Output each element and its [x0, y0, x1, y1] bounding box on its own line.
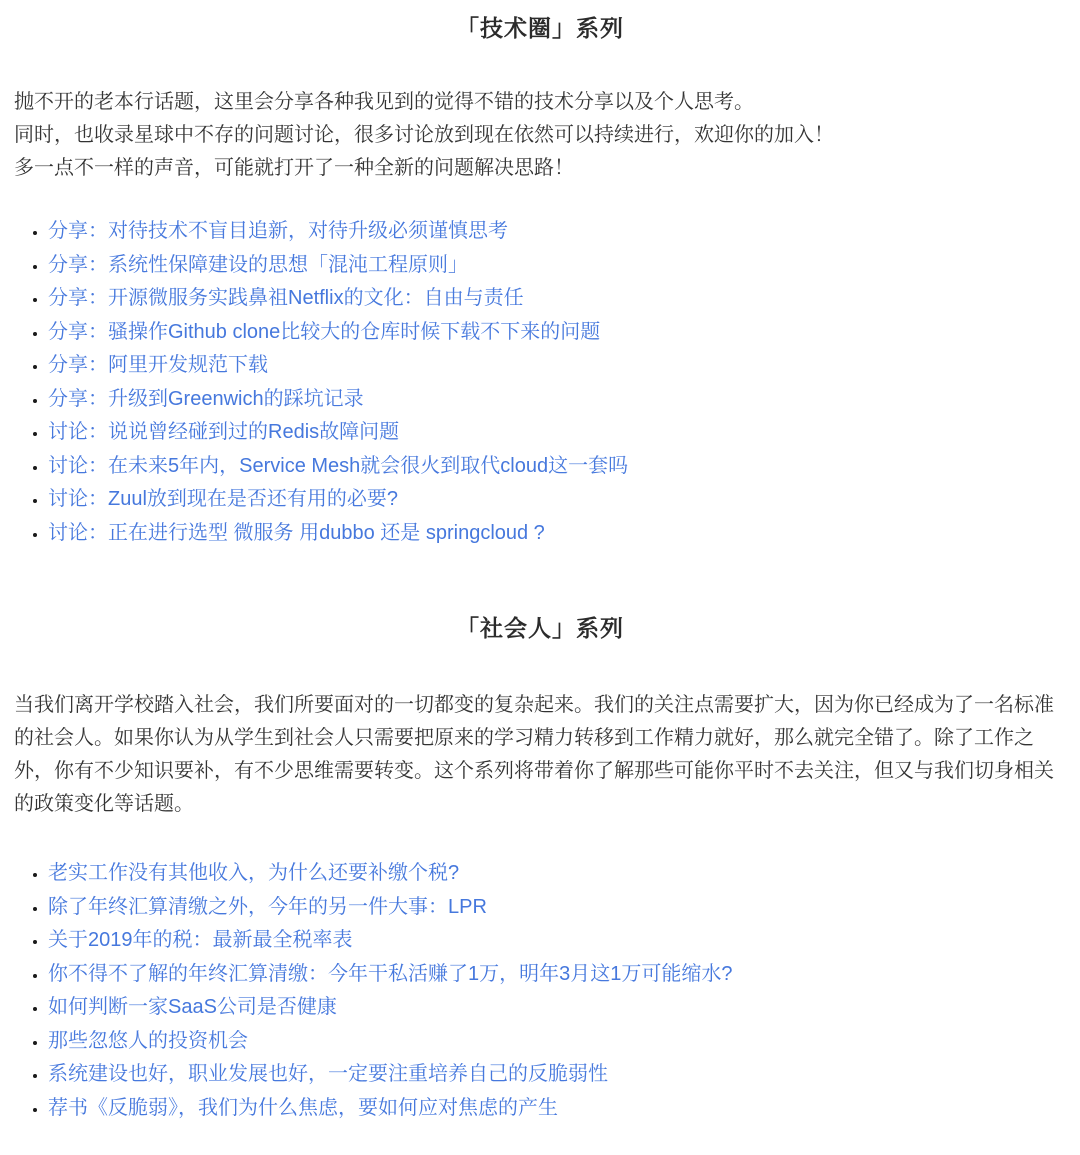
article-link[interactable]: 讨论：说说曾经碰到过的Redis故障问题	[48, 421, 399, 443]
list-item: 如何判断一家SaaS公司是否健康	[48, 991, 1066, 1025]
article-link[interactable]: 分享：系统性保障建设的思想「混沌工程原则」	[48, 254, 468, 276]
section-social: 「社会人」系列 当我们离开学校踏入社会，我们所要面对的一切都变的复杂起来。我们的…	[14, 612, 1066, 1125]
section-tech: 「技术圈」系列 抛不开的老本行话题，这里会分享各种我见到的觉得不错的技术分享以及…	[14, 12, 1066, 550]
list-item: 讨论：Zuul放到现在是否还有用的必要?	[48, 483, 1066, 517]
page: { "page": { "background_color": "#ffffff…	[0, 0, 1080, 1155]
article-link[interactable]: 你不得不了解的年终汇算清缴：今年干私活赚了1万，明年3月这1万可能缩水?	[48, 963, 733, 985]
list-item: 分享：开源微服务实践鼻祖Netflix的文化：自由与责任	[48, 282, 1066, 316]
section-tech-intro: 抛不开的老本行话题，这里会分享各种我见到的觉得不错的技术分享以及个人思考。 同时…	[14, 86, 1066, 185]
list-item: 老实工作没有其他收入，为什么还要补缴个税?	[48, 857, 1066, 891]
list-item: 分享：升级到Greenwich的踩坑记录	[48, 383, 1066, 417]
tech-link-list: 分享：对待技术不盲目追新，对待升级必须谨慎思考 分享：系统性保障建设的思想「混沌…	[14, 215, 1066, 550]
article-link[interactable]: 分享：阿里开发规范下载	[48, 354, 268, 376]
article-link[interactable]: 老实工作没有其他收入，为什么还要补缴个税?	[48, 862, 459, 884]
list-item: 关于2019年的税：最新最全税率表	[48, 924, 1066, 958]
intro-line: 多一点不一样的声音，可能就打开了一种全新的问题解决思路！	[14, 152, 1066, 185]
intro-line: 当我们离开学校踏入社会，我们所要面对的一切都变的复杂起来。我们的关注点需要扩大，…	[14, 694, 1054, 815]
article-link[interactable]: 讨论：在未来5年内，Service Mesh就会很火到取代cloud这一套吗	[48, 455, 628, 477]
social-link-list: 老实工作没有其他收入，为什么还要补缴个税? 除了年终汇算清缴之外，今年的另一件大…	[14, 857, 1066, 1125]
section-social-intro: 当我们离开学校踏入社会，我们所要面对的一切都变的复杂起来。我们的关注点需要扩大，…	[14, 689, 1066, 821]
article-link[interactable]: 讨论：Zuul放到现在是否还有用的必要?	[48, 488, 398, 510]
article-link[interactable]: 讨论：正在进行选型 微服务 用dubbo 还是 springcloud ?	[48, 522, 545, 544]
article-link[interactable]: 系统建设也好，职业发展也好，一定要注重培养自己的反脆弱性	[48, 1063, 608, 1085]
intro-line: 抛不开的老本行话题，这里会分享各种我见到的觉得不错的技术分享以及个人思考。	[14, 86, 1066, 119]
list-item: 讨论：说说曾经碰到过的Redis故障问题	[48, 416, 1066, 450]
list-item: 讨论：在未来5年内，Service Mesh就会很火到取代cloud这一套吗	[48, 450, 1066, 484]
list-item: 分享：系统性保障建设的思想「混沌工程原则」	[48, 249, 1066, 283]
article-link[interactable]: 关于2019年的税：最新最全税率表	[48, 929, 353, 951]
list-item: 除了年终汇算清缴之外，今年的另一件大事：LPR	[48, 891, 1066, 925]
article-link[interactable]: 荐书《反脆弱》，我们为什么焦虑，要如何应对焦虑的产生	[48, 1097, 558, 1119]
section-social-title: 「社会人」系列	[14, 612, 1066, 644]
article-link[interactable]: 如何判断一家SaaS公司是否健康	[48, 996, 337, 1018]
article-link[interactable]: 分享：开源微服务实践鼻祖Netflix的文化：自由与责任	[48, 287, 524, 309]
list-item: 分享：阿里开发规范下载	[48, 349, 1066, 383]
list-item: 系统建设也好，职业发展也好，一定要注重培养自己的反脆弱性	[48, 1058, 1066, 1092]
section-tech-title: 「技术圈」系列	[14, 12, 1066, 44]
article: 「技术圈」系列 抛不开的老本行话题，这里会分享各种我见到的觉得不错的技术分享以及…	[0, 0, 1080, 1155]
list-item: 那些忽悠人的投资机会	[48, 1025, 1066, 1059]
article-link[interactable]: 分享：骚操作Github clone比较大的仓库时候下载不下来的问题	[48, 321, 600, 343]
article-link[interactable]: 分享：升级到Greenwich的踩坑记录	[48, 388, 364, 410]
list-item: 荐书《反脆弱》，我们为什么焦虑，要如何应对焦虑的产生	[48, 1092, 1066, 1126]
list-item: 你不得不了解的年终汇算清缴：今年干私活赚了1万，明年3月这1万可能缩水?	[48, 958, 1066, 992]
article-link[interactable]: 除了年终汇算清缴之外，今年的另一件大事：LPR	[48, 896, 487, 918]
list-item: 分享：骚操作Github clone比较大的仓库时候下载不下来的问题	[48, 316, 1066, 350]
list-item: 讨论：正在进行选型 微服务 用dubbo 还是 springcloud ?	[48, 517, 1066, 551]
article-link[interactable]: 那些忽悠人的投资机会	[48, 1030, 248, 1052]
article-link[interactable]: 分享：对待技术不盲目追新，对待升级必须谨慎思考	[48, 220, 508, 242]
intro-line: 同时，也收录星球中不存的问题讨论，很多讨论放到现在依然可以持续进行，欢迎你的加入…	[14, 119, 1066, 152]
list-item: 分享：对待技术不盲目追新，对待升级必须谨慎思考	[48, 215, 1066, 249]
